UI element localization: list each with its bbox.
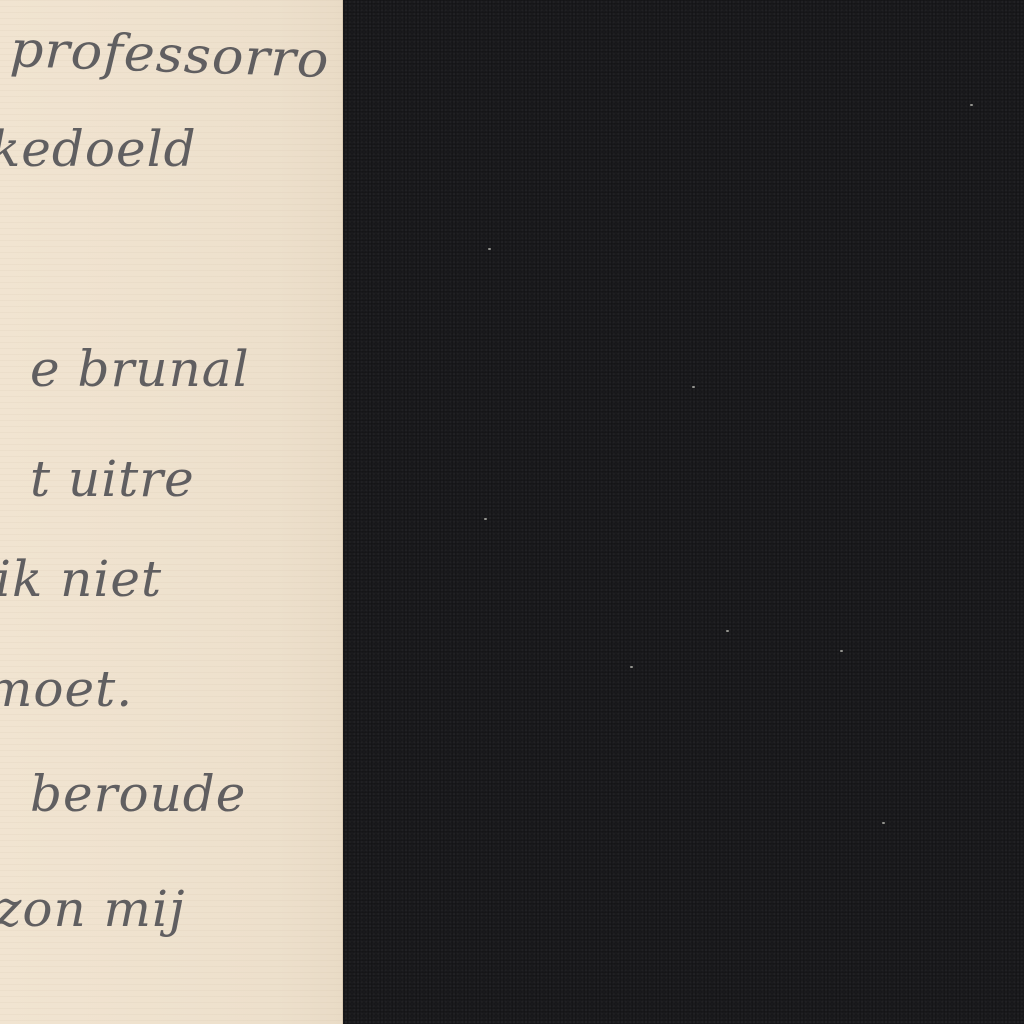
dust-speck (488, 248, 491, 250)
handwritten-line: ik niet (0, 550, 162, 608)
handwritten-line: kedoeld (0, 120, 197, 178)
letter-page: professorro kedoeld e brunal t uitre ik … (0, 0, 342, 1024)
dust-speck (484, 518, 487, 520)
handwritten-line: beroude (30, 765, 246, 823)
dust-speck (840, 650, 843, 652)
dust-speck (630, 666, 633, 668)
dust-speck (970, 104, 973, 106)
dust-speck (882, 822, 885, 824)
handwritten-line: moet. (0, 660, 133, 718)
dust-speck (726, 630, 729, 632)
dust-speck (692, 386, 695, 388)
handwritten-line: professorro (9, 20, 330, 89)
handwritten-line: zon mij (0, 880, 185, 938)
handwritten-line: e brunal (30, 340, 250, 398)
handwritten-line: t uitre (30, 450, 195, 508)
